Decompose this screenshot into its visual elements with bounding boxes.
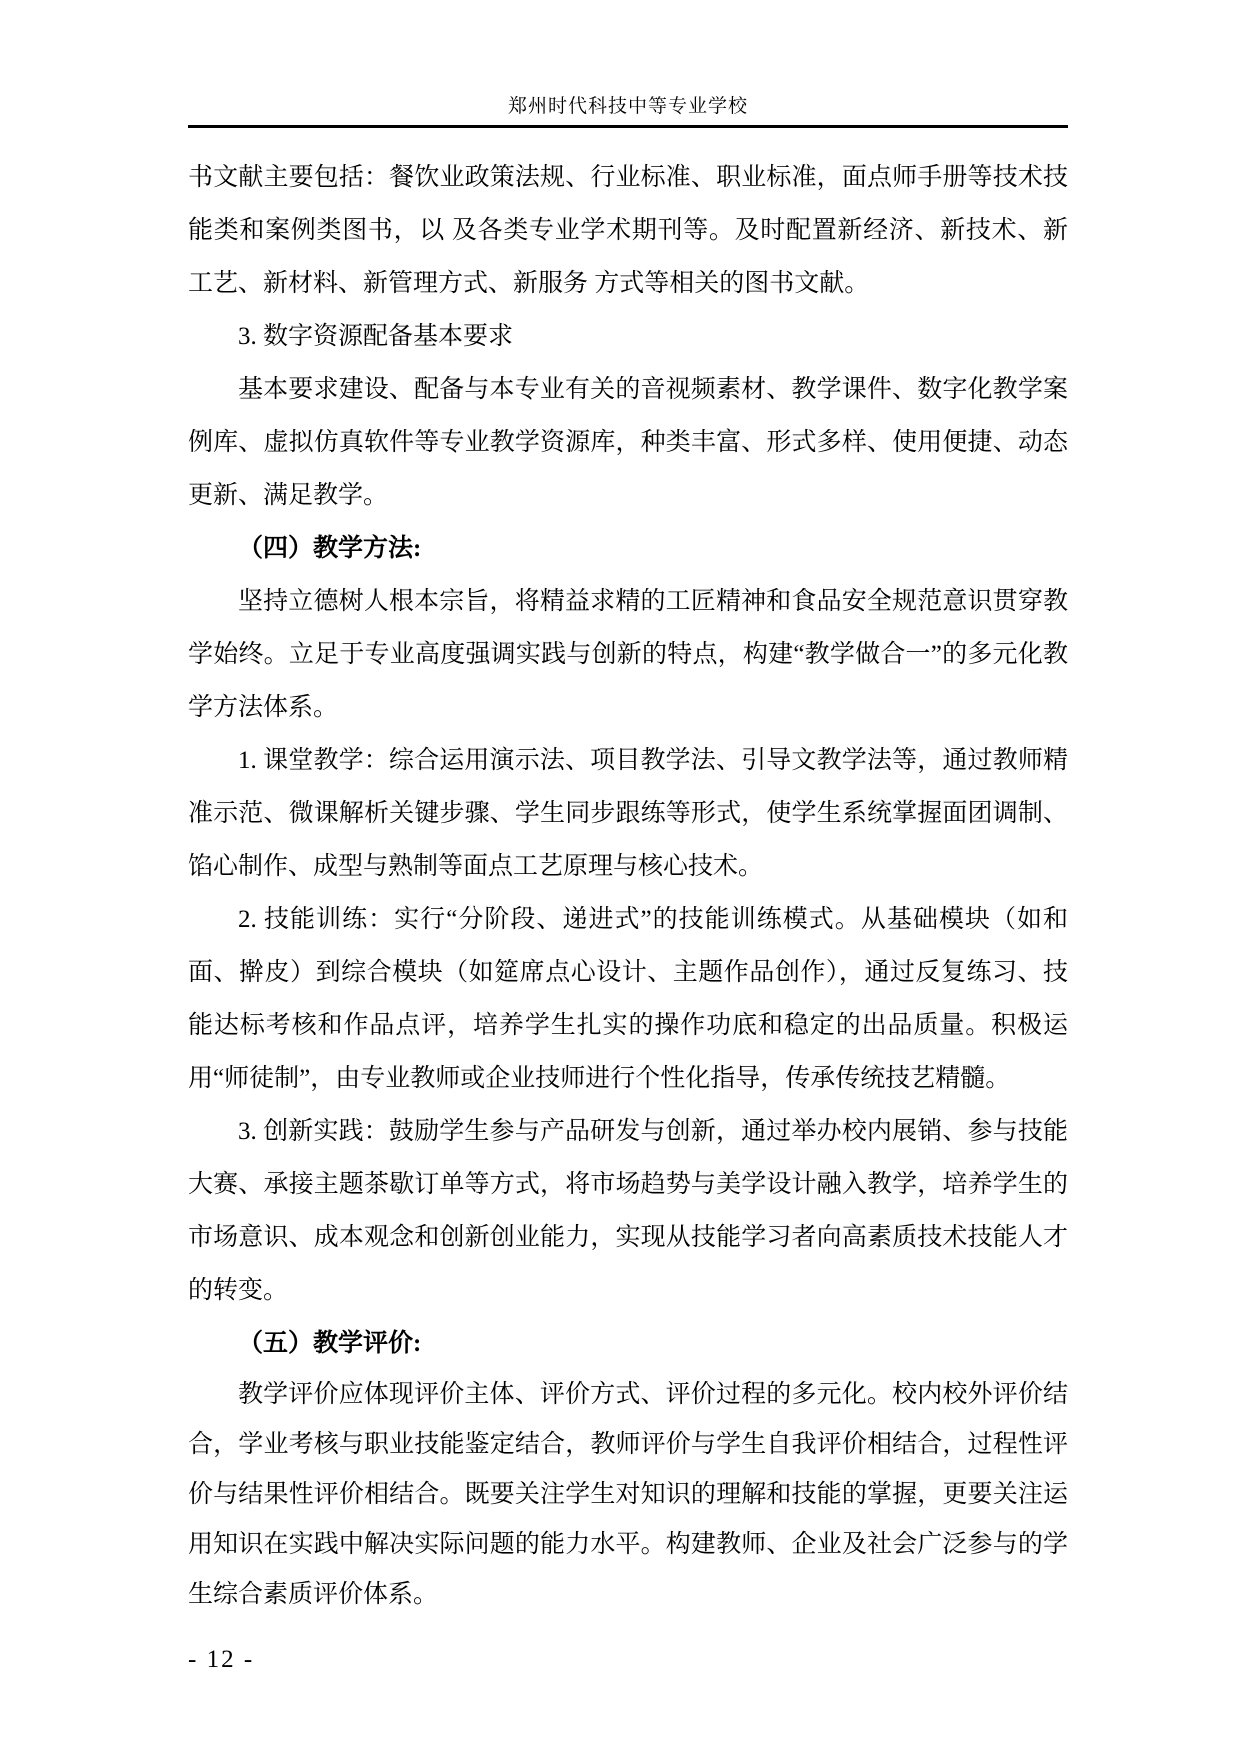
paragraph: 坚持立德树人根本宗旨，将精益求精的工匠精神和食品安全规范意识贯穿教学始终。立足于… (188, 575, 1068, 734)
document-page: 郑州时代科技中等专业学校 书文献主要包括：餐饮业政策法规、行业标准、职业标准，面… (0, 0, 1241, 1754)
paragraph: 书文献主要包括：餐饮业政策法规、行业标准、职业标准，面点师手册等技术技能类和案例… (188, 151, 1068, 310)
document-body: 书文献主要包括：餐饮业政策法规、行业标准、职业标准，面点师手册等技术技能类和案例… (188, 151, 1068, 1620)
school-name: 郑州时代科技中等专业学校 (508, 96, 748, 117)
paragraph: 1. 课堂教学：综合运用演示法、项目教学法、引导文教学法等，通过教师精准示范、微… (188, 734, 1068, 893)
paragraph: 基本要求建设、配备与本专业有关的音视频素材、教学课件、数字化教学案例库、虚拟仿真… (188, 363, 1068, 522)
paragraph: 教学评价应体现评价主体、评价方式、评价过程的多元化。校内校外评价结合，学业考核与… (188, 1370, 1068, 1620)
paragraph: 2. 技能训练：实行“分阶段、递进式”的技能训练模式。从基础模块（如和面、擀皮）… (188, 893, 1068, 1105)
page-number: - 12 - (188, 1646, 254, 1673)
paragraph: 3. 创新实践：鼓励学生参与产品研发与创新，通过举办校内展销、参与技能大赛、承接… (188, 1105, 1068, 1317)
section-heading: （四）教学方法: (188, 522, 1068, 575)
paragraph: 3. 数字资源配备基本要求 (188, 310, 1068, 363)
section-heading: （五）教学评价: (188, 1317, 1068, 1370)
page-header: 郑州时代科技中等专业学校 (188, 96, 1068, 128)
